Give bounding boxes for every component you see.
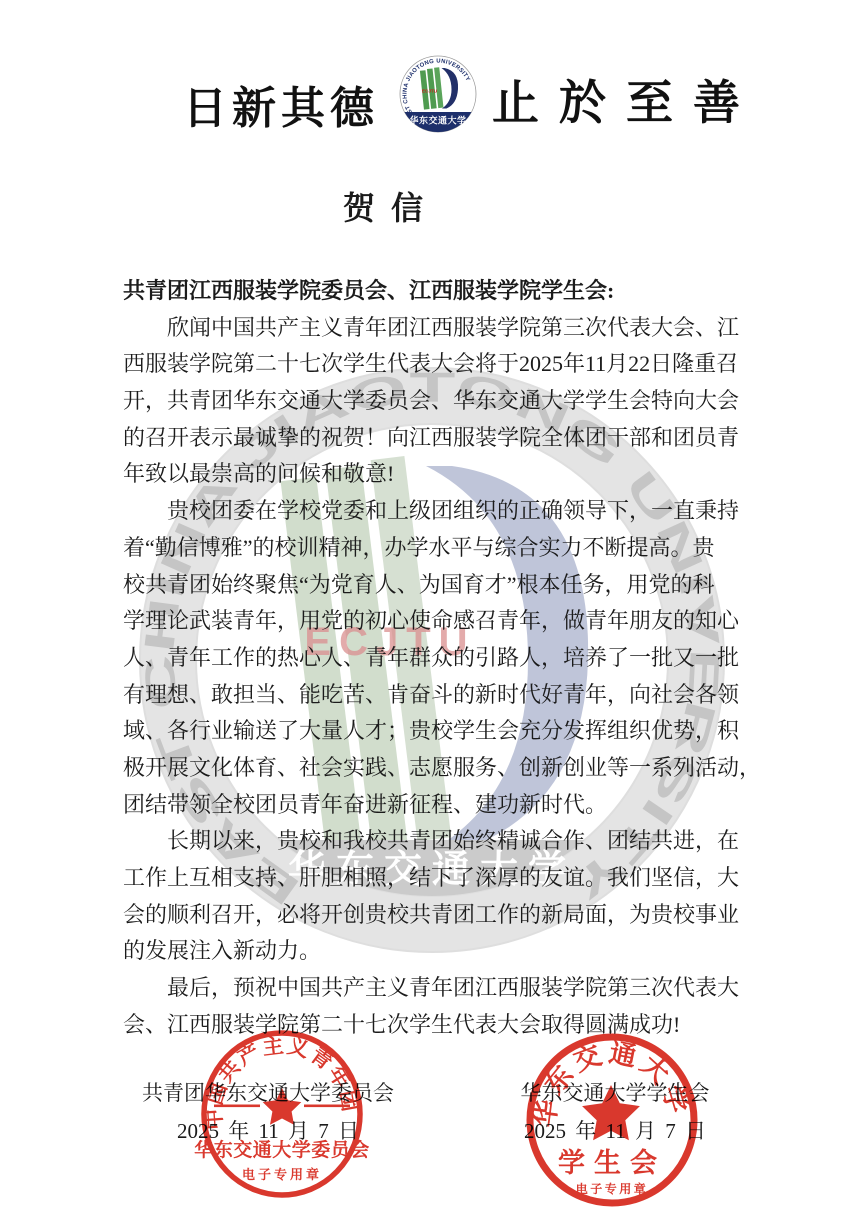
committee-seal-ring — [204, 1033, 360, 1195]
body-line: 团结带领全校团员青年奋进新征程、建功新时代。 — [123, 787, 783, 824]
student-union-seal-bottom-text: 电子专用章 — [576, 1181, 649, 1196]
body-line: 校共青团始终聚焦“为党育人、为国育才”根本任务，用党的科 — [123, 567, 783, 604]
body-line: 工作上互相支持、肝胆相照，结下了深厚的友谊。我们坚信，大 — [123, 860, 783, 897]
body-lines: 共青团江西服装学院委员会、江西服装学院学生会:欣闻中国共产主义青年团江西服装学院… — [123, 273, 783, 1043]
signature-left-org: 共青团华东交通大学委员会 — [137, 1077, 399, 1107]
body-line: 最后，预祝中国共产主义青年团江西服装学院第三次代表大 — [123, 970, 783, 1007]
motto-left-calligraphy: 日新其德 — [183, 72, 379, 136]
body-line: 共青团江西服装学院委员会、江西服装学院学生会: — [123, 273, 783, 310]
logo-name-cn: 华东交通大学 — [409, 115, 466, 126]
body-line: 的发展注入新动力。 — [123, 933, 783, 970]
body-line: 学理论武装青年，用党的初心使命感召青年，做青年朋友的知心 — [123, 603, 783, 640]
letter-title: 贺 信 — [285, 183, 485, 229]
body-line: 开，共青团华东交通大学委员会、华东交通大学学生会特向大会 — [123, 383, 783, 420]
signature-left-date: 2025 年 11 月 7 日 — [137, 1115, 399, 1145]
body-line: 贵校团委在学校党委和上级团组织的正确领导下，一直秉持 — [123, 493, 783, 530]
signature-right-date: 2025 年 11 月 7 日 — [484, 1115, 746, 1145]
letter-page: EAST CHINA JIAOTONG UNIVERSITY ECJTU 华东交… — [0, 0, 865, 1223]
body-line: 着“勤信博雅”的校训精神，办学水平与综合实力不断提高。贵 — [123, 530, 783, 567]
body-line: 长期以来，贵校和我校共青团始终精诚合作、团结共进，在 — [123, 823, 783, 860]
body-line: 人、青年工作的热心人、青年群众的引路人，培养了一批又一批 — [123, 640, 783, 677]
committee-seal-bottom-text: 电子专用章 — [242, 1167, 322, 1182]
signature-right-org: 华东交通大学学生会 — [484, 1077, 746, 1107]
body-line: 的召开表示最诚挚的祝贺！向江西服装学院全体团干部和团员青 — [123, 420, 783, 457]
body-line: 欣闻中国共产主义青年团江西服装学院第三次代表大会、江 — [123, 310, 783, 347]
body-line: 域、各行业输送了大量人才；贵校学生会充分发挥组织优势，积 — [123, 713, 783, 750]
university-logo: EAST CHINA JIAOTONG UNIVERSITY ECJTU 华东交… — [398, 52, 478, 149]
body-line: 会的顺利召开，必将开创贵校共青团工作的新局面，为贵校事业 — [123, 897, 783, 934]
body-line: 西服装学院第二十七次学生代表大会将于2025年11月22日隆重召 — [123, 346, 783, 383]
student-union-seal-center-text: 学生会 — [558, 1148, 666, 1178]
body-line: 会、江西服装学院第二十七次学生代表大会取得圆满成功! — [123, 1007, 783, 1044]
body-line: 极开展文化体育、社会实践、志愿服务、创新创业等一系列活动， — [123, 750, 783, 787]
motto-right-calligraphy: 止於至善 — [492, 66, 760, 133]
logo-abbr: ECJTU — [422, 89, 438, 94]
body-line: 年致以最崇高的问候和敬意! — [123, 456, 783, 493]
body-line: 有理想、敢担当、能吃苦、肯奋斗的新时代好青年，向社会各领 — [123, 677, 783, 714]
